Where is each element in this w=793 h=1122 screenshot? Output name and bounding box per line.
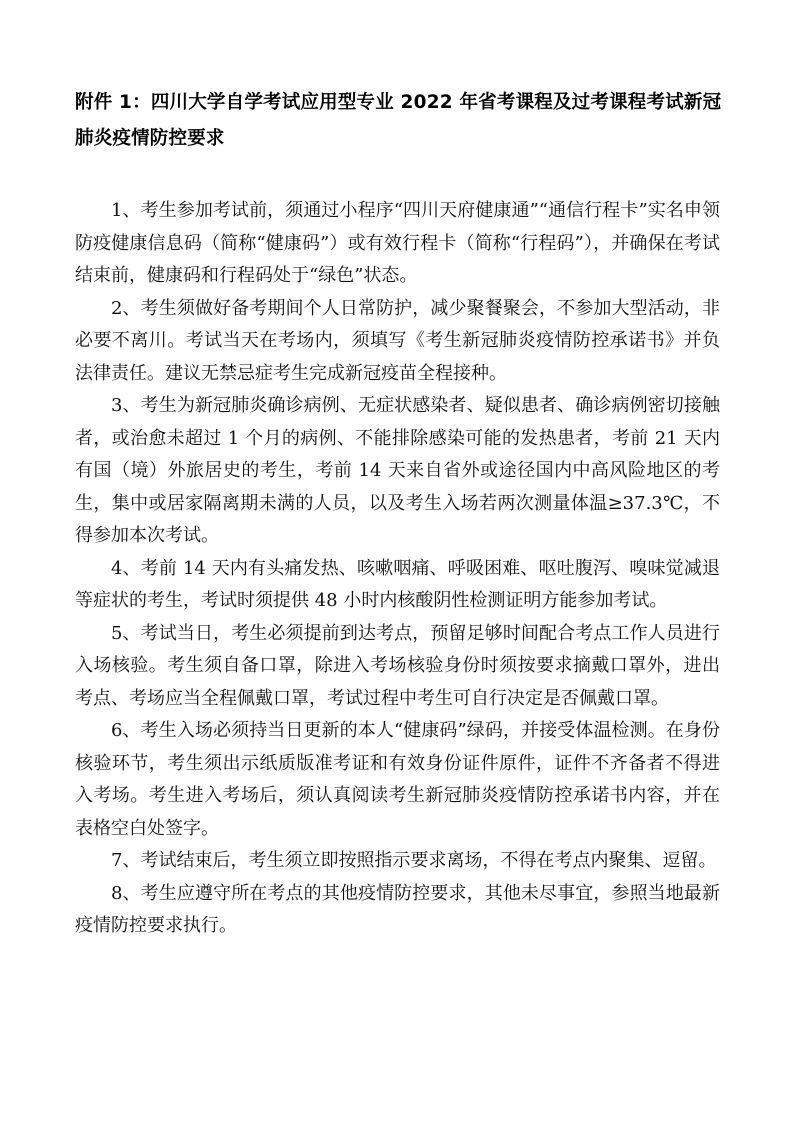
requirement-item-2: 2、考生须做好备考期间个人日常防护，减少聚餐聚会，不参加大型活动，非必要不离川。…	[75, 293, 720, 391]
requirement-item-1: 1、考生参加考试前，须通过小程序“四川天府健康通”“通信行程卡”实名申领防疫健康…	[75, 195, 720, 293]
document-page: 附件 1：四川大学自学考试应用型专业 2022 年省考课程及过考课程考试新冠肺炎…	[0, 0, 793, 1122]
requirement-item-5: 5、考试当日，考生必须提前到达考点，预留足够时间配合考点工作人员进行入场核验。考…	[75, 618, 720, 716]
requirement-item-4: 4、考前 14 天内有头痛发热、咳嗽咽痛、呼吸困难、呕吐腹泻、嗅味觉减退等症状的…	[75, 553, 720, 618]
requirement-item-7: 7、考试结束后，考生须立即按照指示要求离场，不得在考点内聚集、逗留。	[75, 845, 720, 878]
document-body: 1、考生参加考试前，须通过小程序“四川天府健康通”“通信行程卡”实名申领防疫健康…	[75, 195, 720, 943]
requirement-item-3: 3、考生为新冠肺炎确诊病例、无症状感染者、疑似患者、确诊病例密切接触者，或治愈未…	[75, 390, 720, 553]
requirement-item-6: 6、考生入场必须持当日更新的本人“健康码”绿码，并接受体温检测。在身份核验环节，…	[75, 715, 720, 845]
document-title: 附件 1：四川大学自学考试应用型专业 2022 年省考课程及过考课程考试新冠肺炎…	[75, 85, 725, 157]
requirement-item-8: 8、考生应遵守所在考点的其他疫情防控要求，其他未尽事宜，参照当地最新疫情防控要求…	[75, 878, 720, 943]
